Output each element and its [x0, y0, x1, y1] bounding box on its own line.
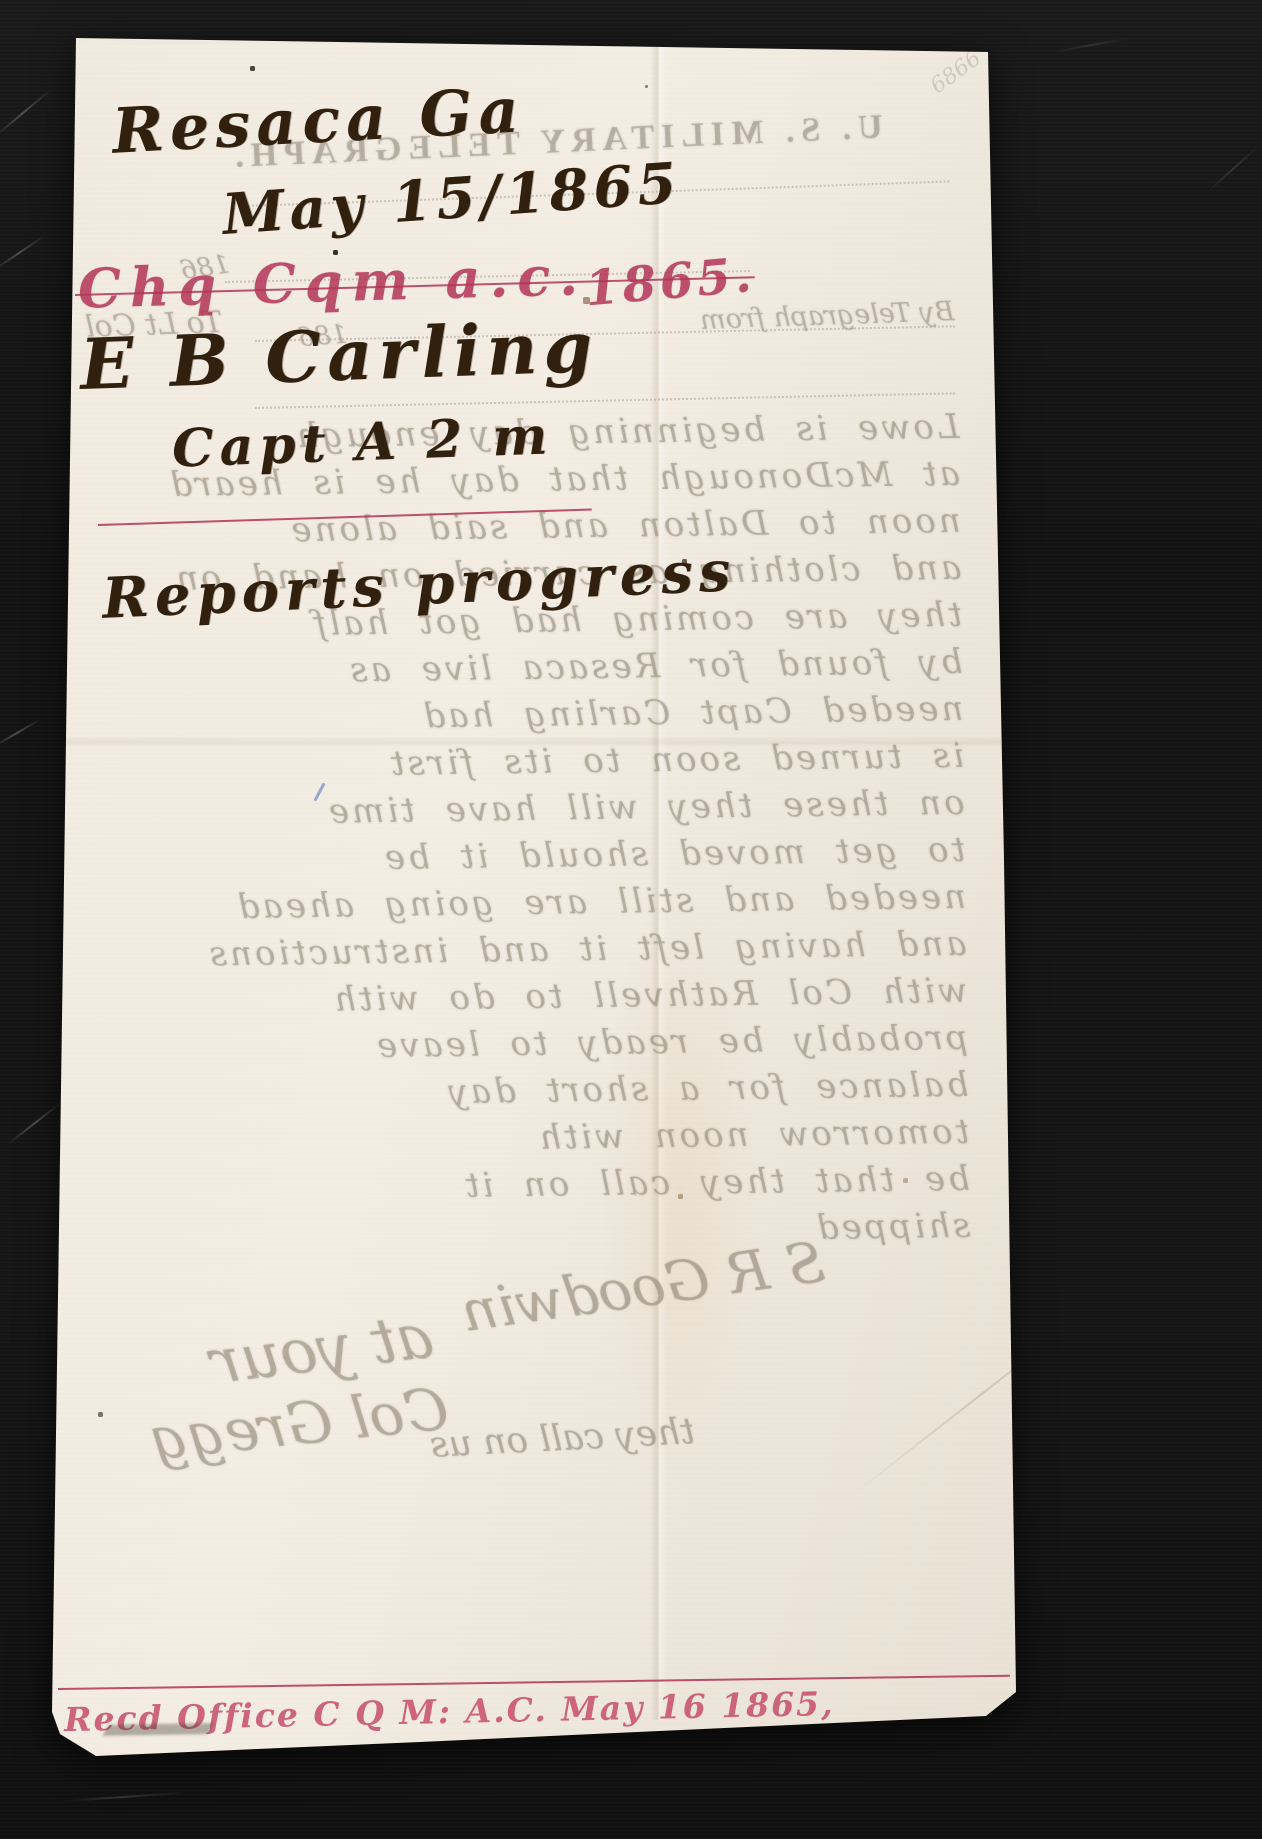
ink-specks: [0, 0, 1, 1]
scanned-document-canvas: U. S. MILITARY TELEGRAPH. By Telegraph f…: [0, 0, 1262, 1839]
telegram-paper: U. S. MILITARY TELEGRAPH. By Telegraph f…: [0, 0, 1262, 1839]
red-ink-double-rule: [0, 0, 478, 16]
red-docket-text: Chq Cqm a.c.: [77, 243, 587, 320]
bleedthrough-handwriting-body: Lowe is beginning day enough at McDonoug…: [79, 404, 971, 1262]
pencil-smudge: [102, 1723, 213, 1736]
paper-sheet-wrapper: U. S. MILITARY TELEGRAPH. By Telegraph f…: [0, 0, 1262, 1839]
